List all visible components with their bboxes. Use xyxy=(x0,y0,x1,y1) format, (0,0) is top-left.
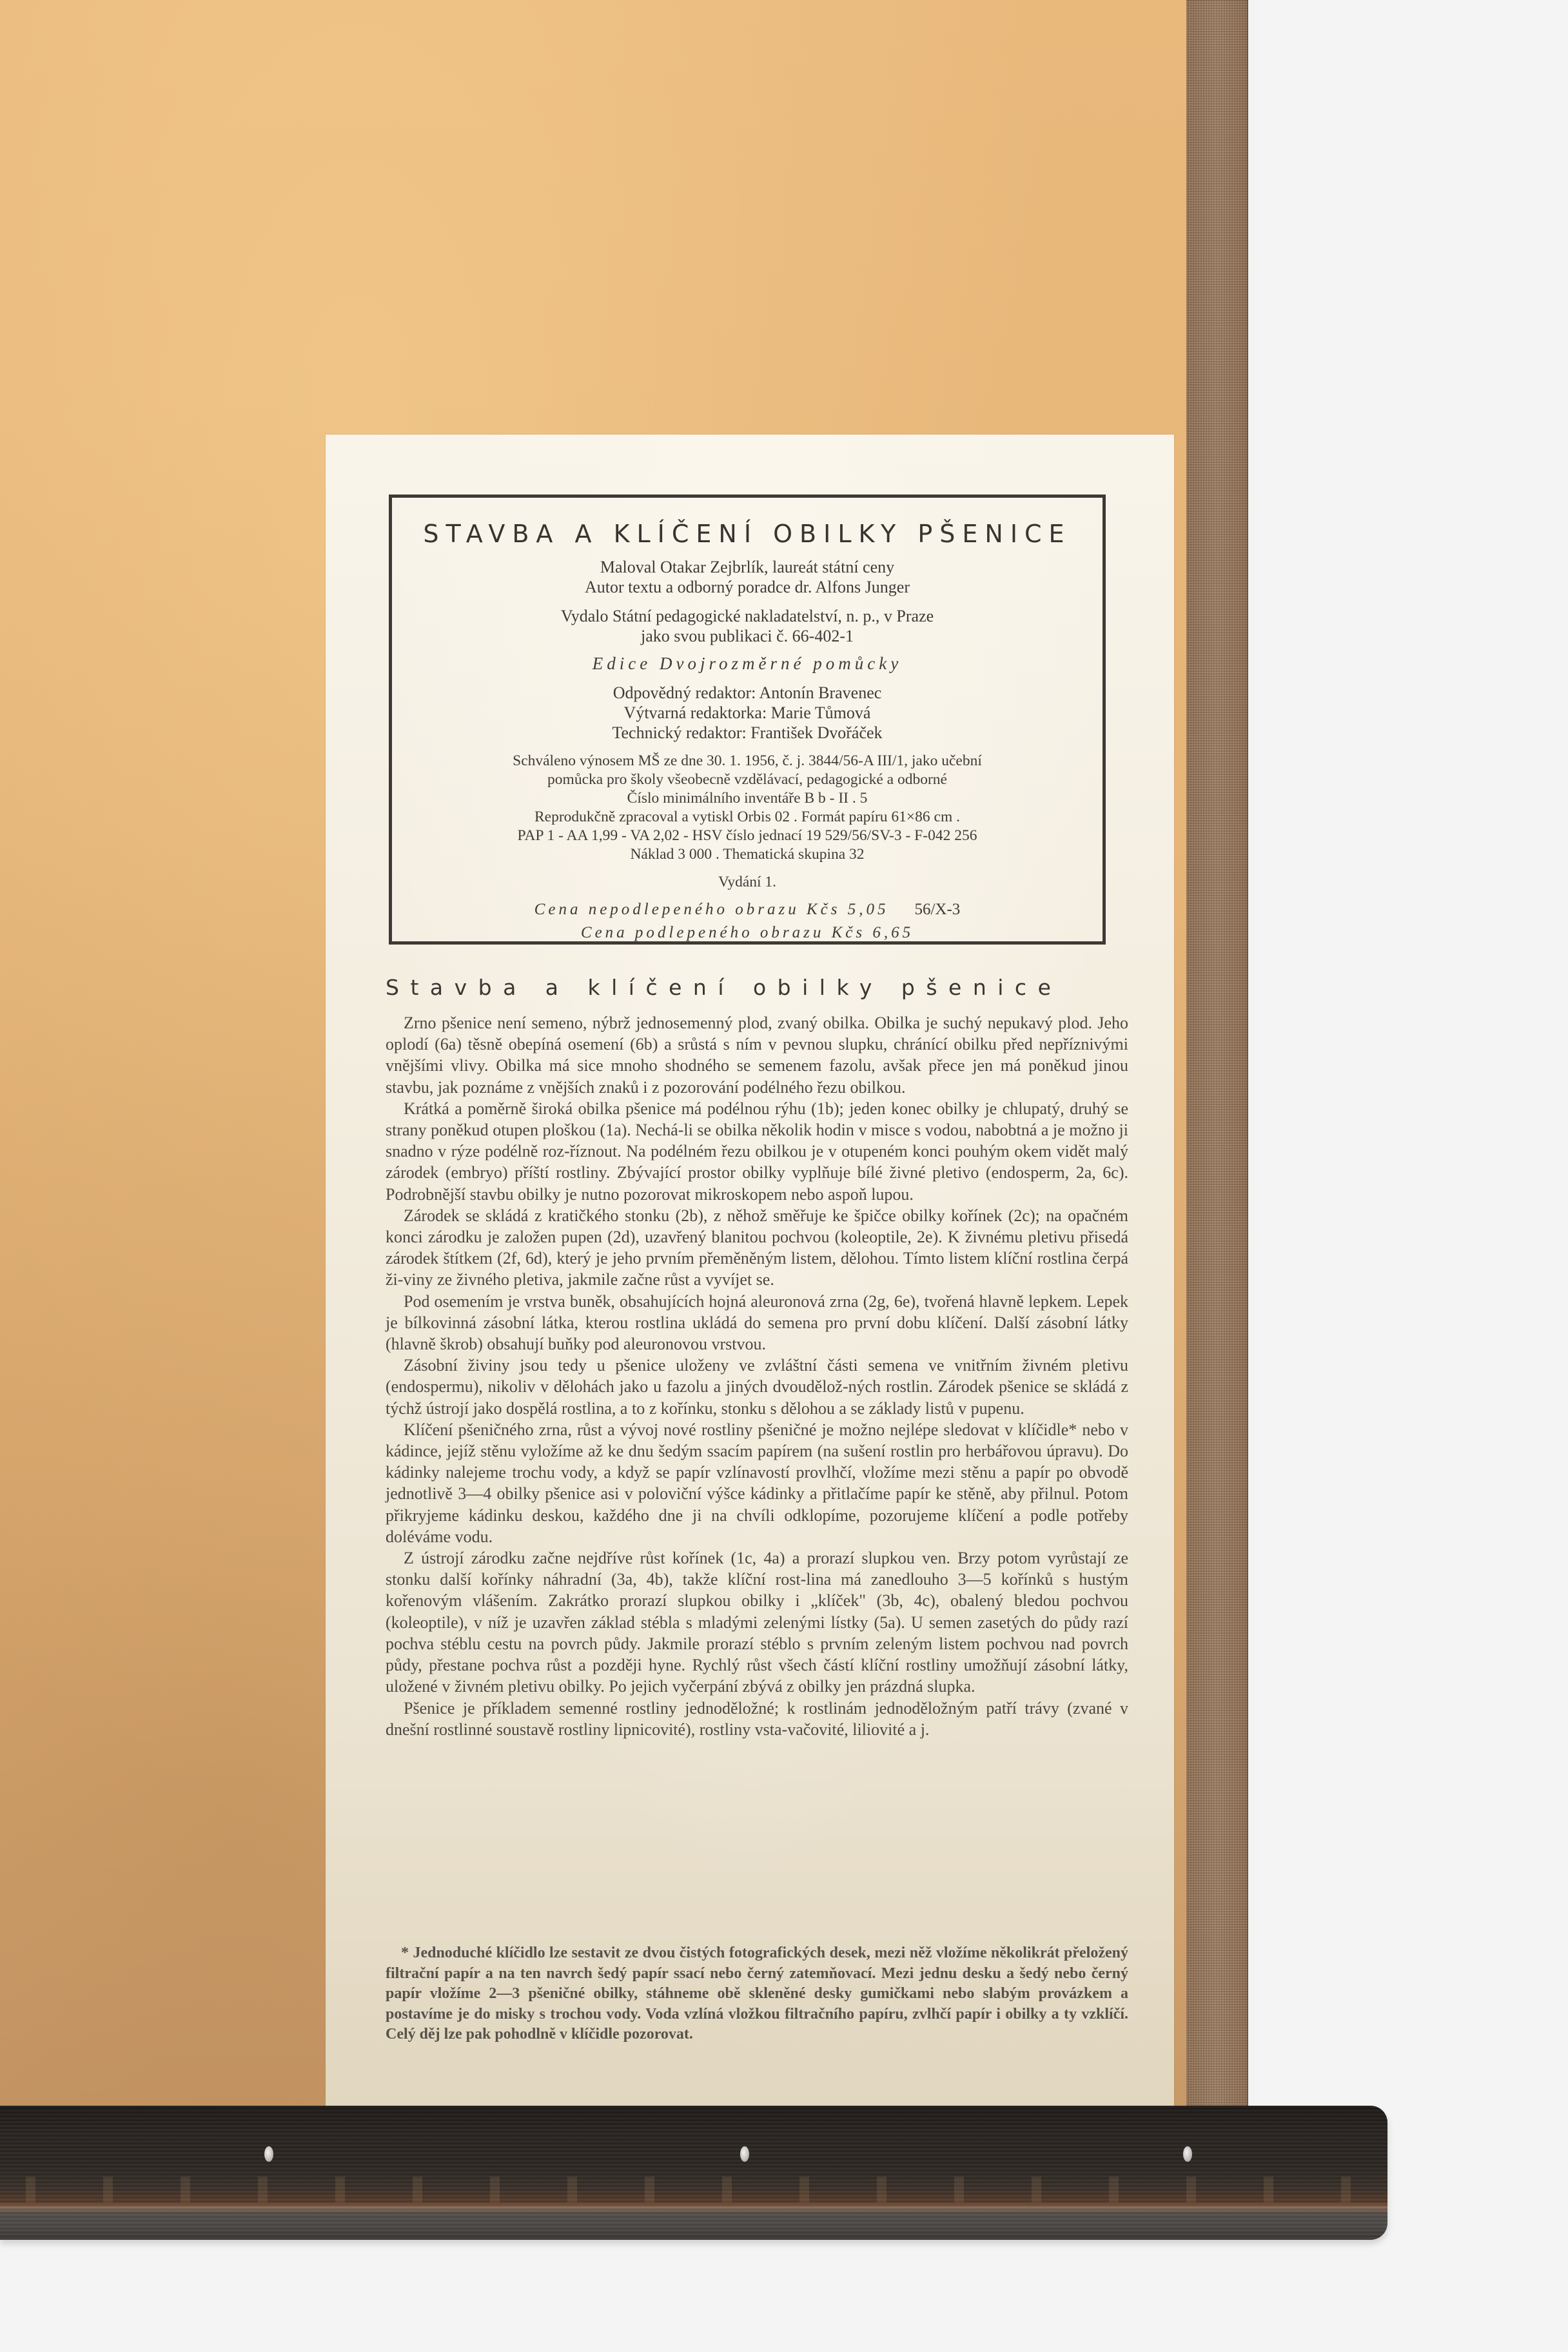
printer-line: Reprodukčně zpracoval a vytiskl Orbis 02… xyxy=(392,808,1102,827)
technical-editor: Technický redaktor: František Dvořáček xyxy=(392,723,1102,743)
approval-line-2: pomůcka pro školy všeobecně vzdělávací, … xyxy=(392,770,1102,789)
tack-icon xyxy=(740,2146,749,2162)
author-credit: Autor textu a odborný poradce dr. Alfons… xyxy=(392,577,1102,597)
price-unmounted-row: Cena nepodlepeného obrazu Kčs 5,0556/X-3 xyxy=(392,898,1102,921)
paragraph: Pšenice je příkladem semenné rostliny je… xyxy=(386,1698,1128,1740)
art-editor: Výtvarná redaktorka: Marie Tůmová xyxy=(392,703,1102,723)
paragraph: Zásobní živiny jsou tedy u pšenice ulože… xyxy=(386,1355,1128,1419)
inventory-number: Číslo minimálního inventáře B b - II . 5 xyxy=(392,789,1102,808)
paragraph: Zrno pšenice není semeno, nýbrž jednosem… xyxy=(386,1012,1128,1098)
codes-line: PAP 1 - AA 1,99 - VA 2,02 - HSV číslo je… xyxy=(392,827,1102,845)
printed-label: STAVBA A KLÍČENÍ OBILKY PŠENICE Maloval … xyxy=(326,435,1174,2108)
paragraph: Z ústrojí zárodku začne nejdříve růst ko… xyxy=(386,1547,1128,1697)
painter-credit: Maloval Otakar Zejbrlík, laureát státní … xyxy=(392,557,1102,577)
paragraph: Krátká a poměrně široká obilka pšenice m… xyxy=(386,1098,1128,1205)
paragraph: Klíčení pšeničného zrna, růst a vývoj no… xyxy=(386,1419,1128,1547)
price-code: 56/X-3 xyxy=(914,901,960,918)
canvas-edge-binding xyxy=(1186,0,1248,2115)
body-text: Zrno pšenice není semeno, nýbrž jednosem… xyxy=(386,1012,1128,1740)
roller-wear-marks xyxy=(0,2177,1387,2202)
tack-icon xyxy=(1183,2146,1192,2162)
paragraph: Zárodek se skládá z kratičkého stonku (2… xyxy=(386,1205,1128,1291)
price-unmounted: Cena nepodlepeného obrazu Kčs 5,05 xyxy=(534,901,889,918)
tack-icon xyxy=(264,2146,273,2162)
approval-line-1: Schváleno výnosem MŠ ze dne 30. 1. 1956,… xyxy=(392,752,1102,770)
section-heading: Stavba a klíčení obilky pšenice xyxy=(386,975,1127,1000)
price-mounted: Cena podlepeného obrazu Kčs 6,65 xyxy=(392,921,1102,945)
edition-name: Edice Dvojrozměrné pomůcky xyxy=(392,654,1102,674)
wooden-roller xyxy=(0,2106,1387,2240)
footnote: * Jednoduché klíčidlo lze sestavit ze dv… xyxy=(386,1943,1128,2045)
colophon-box: STAVBA A KLÍČENÍ OBILKY PŠENICE Maloval … xyxy=(389,495,1106,945)
colophon-title: STAVBA A KLÍČENÍ OBILKY PŠENICE xyxy=(392,520,1102,548)
paragraph: Pod osemením je vrstva buněk, obsahující… xyxy=(386,1291,1128,1355)
publisher-line-1: Vydalo Státní pedagogické nakladatelství… xyxy=(392,606,1102,626)
print-run: Náklad 3 000 . Thematická skupina 32 xyxy=(392,845,1102,864)
footnote-text: * Jednoduché klíčidlo lze sestavit ze dv… xyxy=(386,1943,1128,2045)
publisher-line-2: jako svou publikaci č. 66-402-1 xyxy=(392,626,1102,646)
issue-number: Vydání 1. xyxy=(392,873,1102,892)
responsible-editor: Odpovědný redaktor: Antonín Bravenec xyxy=(392,683,1102,703)
